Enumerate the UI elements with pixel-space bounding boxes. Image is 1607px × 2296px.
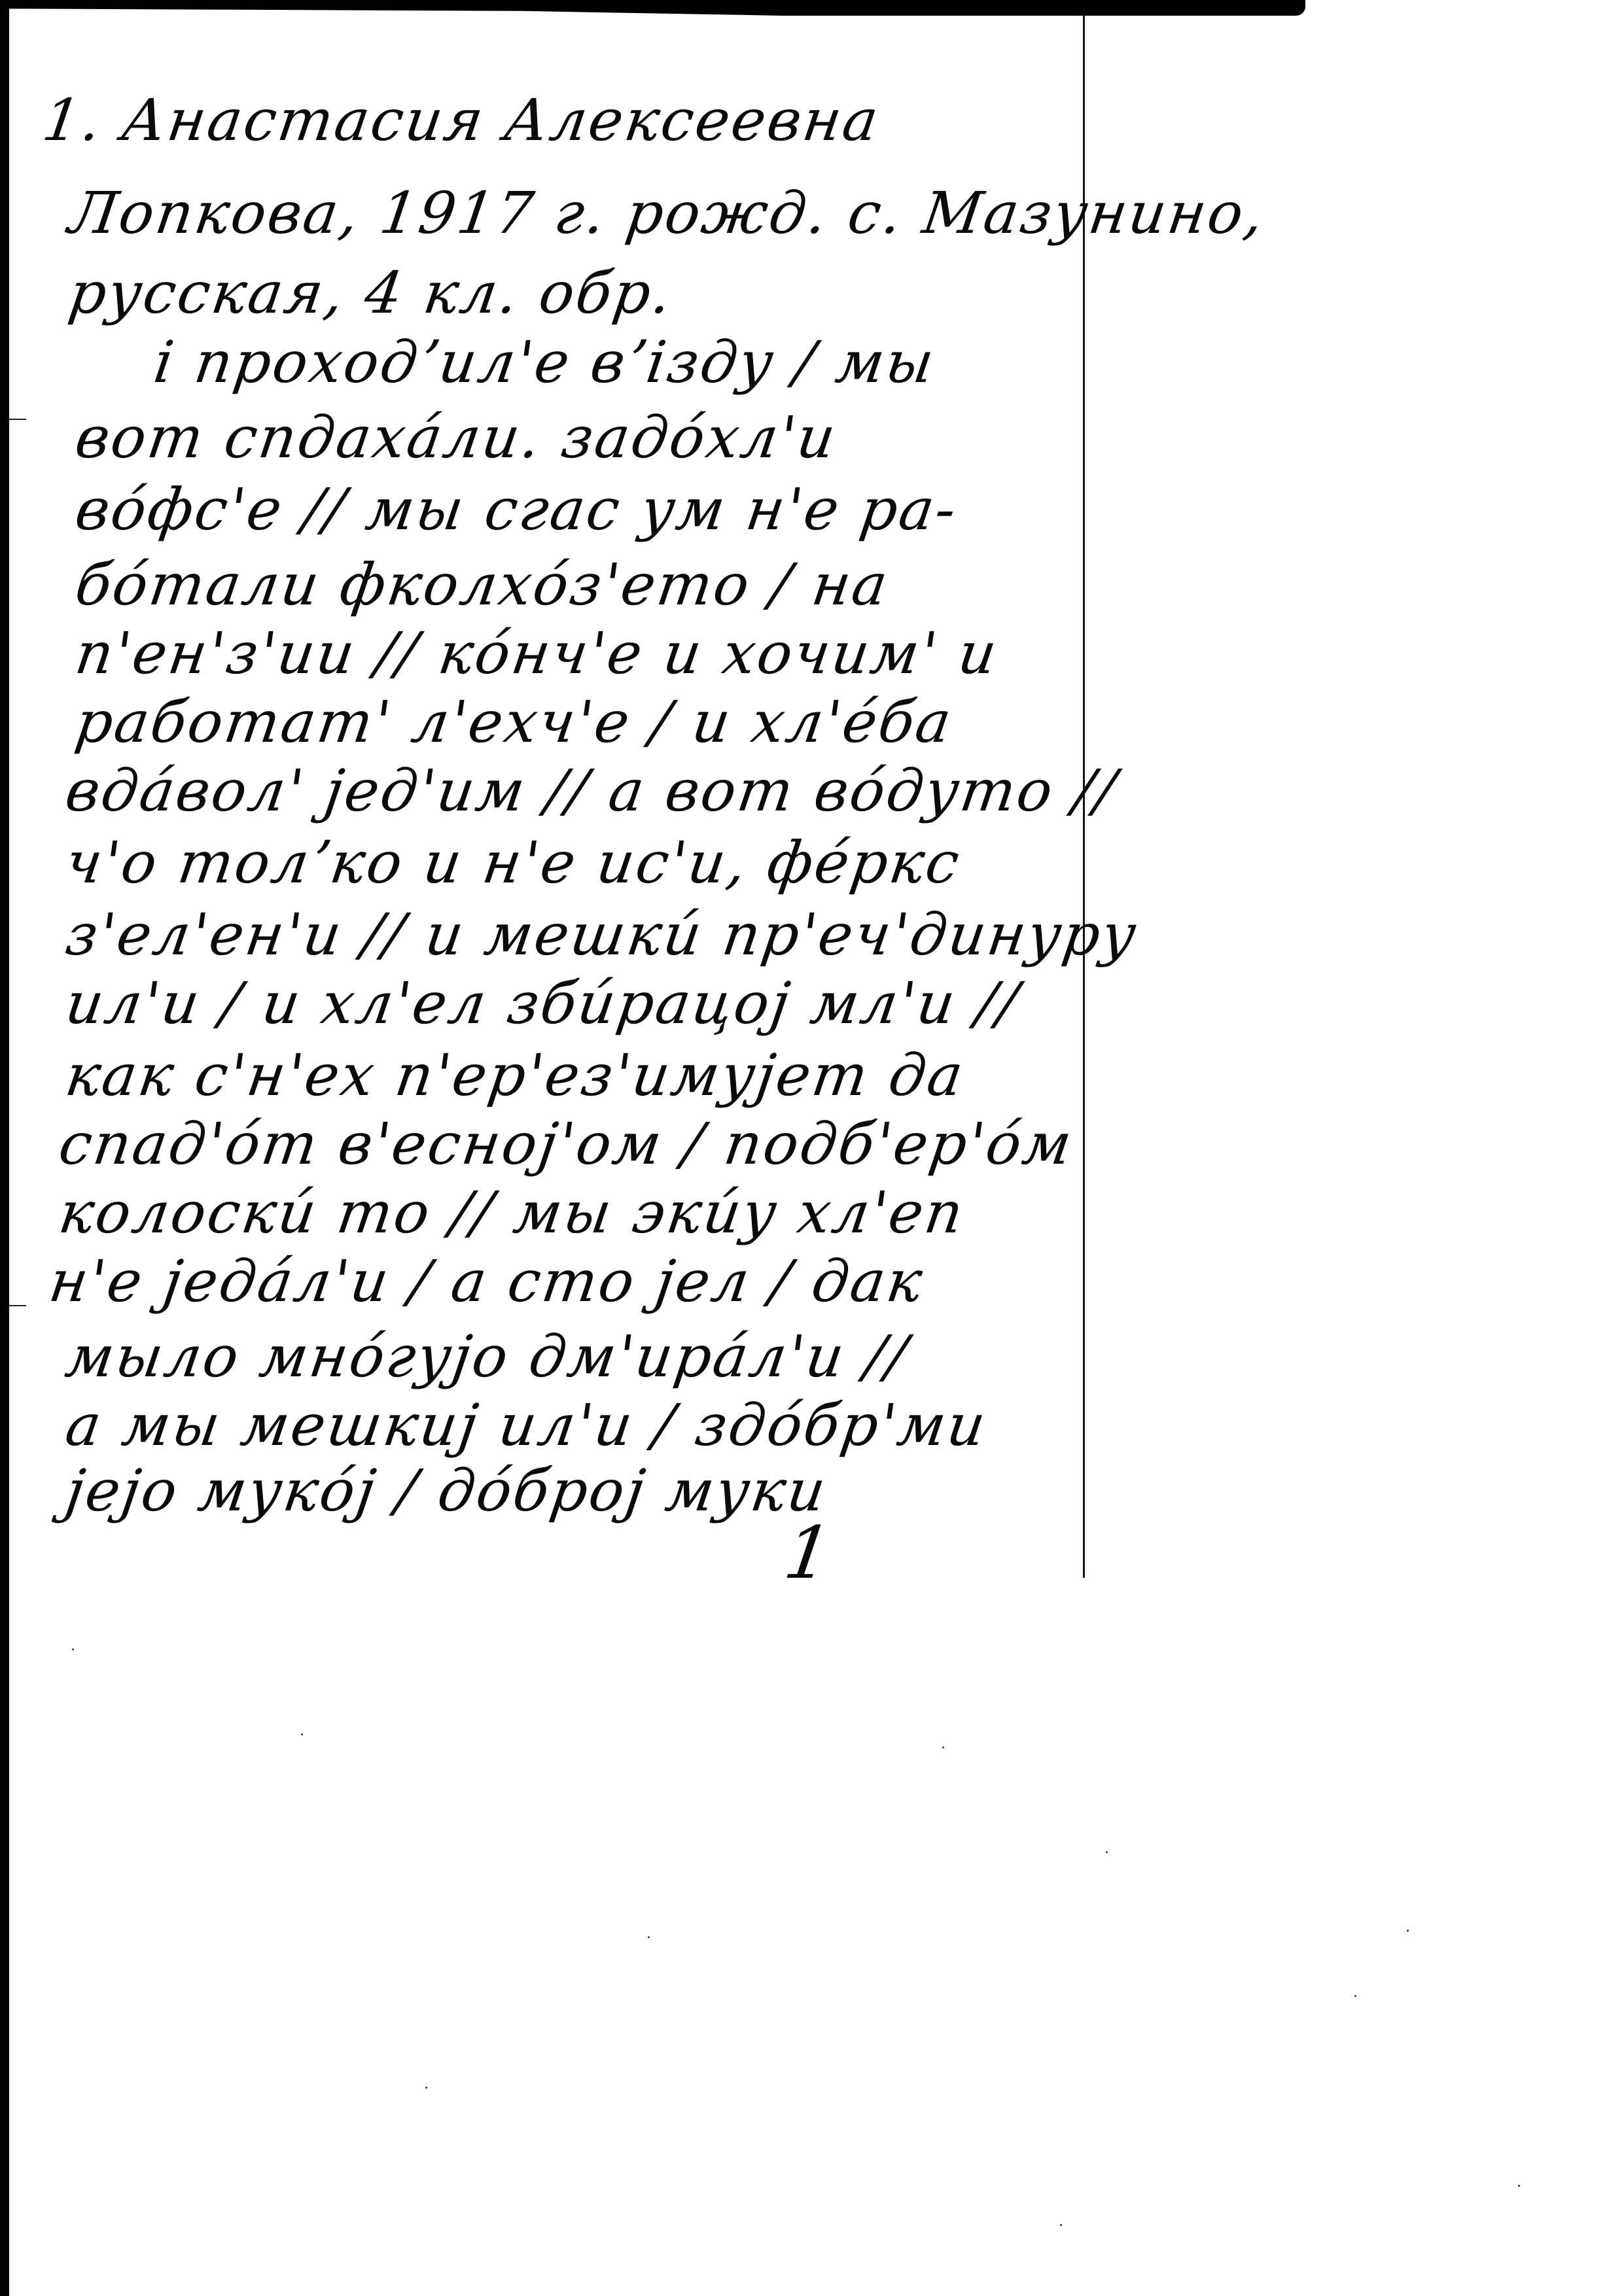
header-line-nationality: русская, 4 кл. обр. (65, 264, 677, 322)
scan-border-left (0, 0, 9, 2296)
body-line: і проходʼил'е вʼізду / мы (150, 334, 939, 391)
scanned-page: 1. Анастасия Алексеевна Лопкова, 1917 г.… (0, 0, 1607, 2296)
body-line: вóфс'е // мы сгас ум н'е ра- (72, 481, 961, 538)
header-line-name: 1. Анастасия Алексеевна (39, 92, 883, 149)
body-line: работат' л'ехч'е / и хл'éба (72, 693, 957, 751)
scan-speck (1354, 1995, 1356, 1997)
body-line: ил'и / и хл'ел збúрацој мл'и // (62, 975, 1023, 1032)
body-line: а мы мешкиј ил'и / здóбр'ми (62, 1397, 991, 1454)
margin-tick (9, 1305, 26, 1306)
body-line: вдáвол' jед'им // а вот вóдуто // (62, 762, 1121, 820)
body-line: п'ен'з'ии // кóнч'е и хочим' и (72, 625, 1002, 682)
body-line: колоскú то // мы экúу хл'еп (56, 1184, 968, 1242)
header-line-birth: Лопкова, 1917 г. рожд. с. Мазунино, (65, 184, 1269, 242)
scan-speck (648, 1936, 650, 1938)
scan-speck (1106, 1851, 1108, 1853)
body-line: ч'о толʼко и н'е ис'и, фéркс (62, 834, 964, 892)
scan-speck (1060, 2224, 1062, 2226)
scan-speck (425, 2087, 427, 2089)
body-line: з'ел'ен'и // и мешки́ пр'еч'динуру (62, 906, 1141, 964)
scan-border-top (0, 0, 1305, 16)
scan-speck (942, 1747, 944, 1748)
body-line: спад'óт в'есноj'ом / подб'ер'óм (56, 1115, 1077, 1173)
body-line: jејо мукóј / дóброј муки (62, 1462, 831, 1520)
body-line: мыло мнóгујо дм'ирáл'и // (62, 1328, 912, 1385)
body-line: как с'н'ех п'ер'ез'имујет да (62, 1047, 968, 1104)
scan-speck (1518, 2185, 1520, 2187)
body-line: бóтали фколхóз'ето / на (72, 556, 892, 614)
scan-speck (301, 1733, 303, 1735)
body-line: н'е jедáл'и / а сто jел / дак (46, 1253, 928, 1310)
body-line: вот спдахáли. задóхл'и (72, 409, 841, 466)
scan-speck (1407, 1930, 1409, 1932)
margin-tick (9, 419, 26, 420)
scan-speck (72, 1648, 74, 1650)
